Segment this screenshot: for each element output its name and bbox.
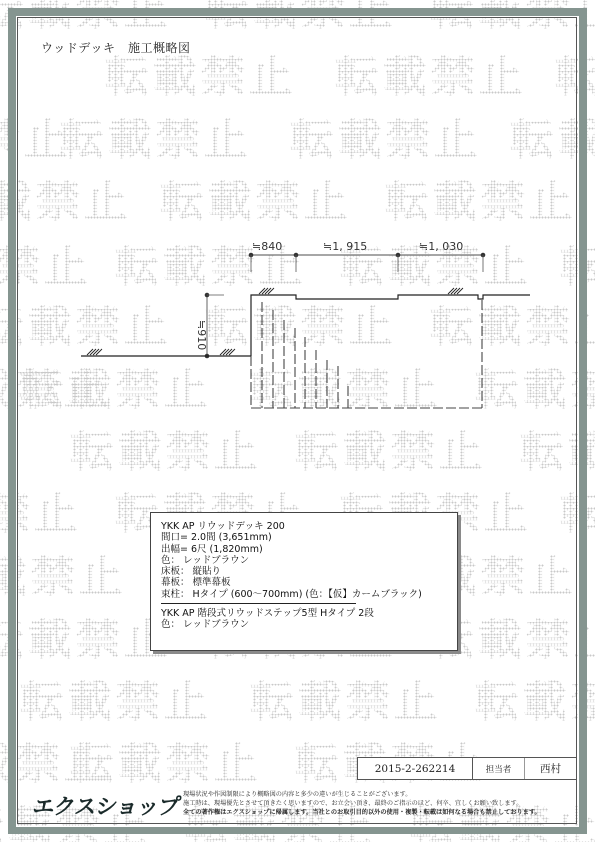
support-posts <box>251 300 482 408</box>
notice-line-copyright: 全ての著作権はエクスショップに帰属します。当社とのお取引目的以外の使用・複製・転… <box>183 808 541 817</box>
person-label: 担当者 <box>473 758 525 779</box>
spec-box: YKK AP リウッドデッキ 200 間口= 2.0間 (3,651mm) 出幅… <box>150 512 458 651</box>
dimension-label: ≒910 <box>195 320 208 350</box>
spec-depth: 出幅= 6尺 (1,820mm) <box>161 544 457 555</box>
spec-fascia: 幕板： 標準幕板 <box>161 577 457 588</box>
horizontal-dimension: ≒840 ≒1, 915 ≒1, 030 <box>249 240 486 272</box>
spec-divider <box>161 603 356 604</box>
spec-step-color: 色： レッドブラウン <box>161 619 457 630</box>
spec-product: YKK AP リウッドデッキ 200 <box>161 521 457 532</box>
person-name: 西村 <box>525 758 576 779</box>
spec-post: 束柱： Hタイプ (600～700mm) (色：【仮】カームブラック) <box>161 589 457 600</box>
company-logo: エクスショップ <box>31 790 182 821</box>
dimension-label: ≒1, 030 <box>419 240 463 253</box>
footer-notice: 現場状況や作図制限により概略図の内容と多少の違いが生じることがございます。 施工… <box>183 790 541 818</box>
spec-step-product: YKK AP 階段式リウッドステップ5型 Hタイプ 2段 <box>161 608 457 619</box>
spec-width: 間口= 2.0間 (3,651mm) <box>161 532 457 543</box>
ground-hatch-icon <box>87 349 235 355</box>
deck-hatch-icon <box>259 288 463 294</box>
dimension-label: ≒1, 915 <box>323 240 367 253</box>
notice-line: 現場状況や作図制限により概略図の内容と多少の違いが生じることがございます。 <box>183 790 541 799</box>
document-code: 2015-2-262214 <box>358 758 473 779</box>
info-table: 2015-2-262214 担当者 西村 <box>357 757 576 780</box>
notice-line: 施工時は、現場優先とさせて頂きたく思いますので、お立会い頂き、最終のご指示のほど… <box>183 799 541 808</box>
deck-drawing: ≒840 ≒1, 915 ≒1, 030 ≒910 <box>0 0 595 842</box>
spec-floor: 床板： 縦貼り <box>161 566 457 577</box>
vertical-dimension: ≒910 <box>195 293 224 359</box>
spec-color: 色： レッドブラウン <box>161 555 457 566</box>
dimension-label: ≒840 <box>252 240 282 253</box>
